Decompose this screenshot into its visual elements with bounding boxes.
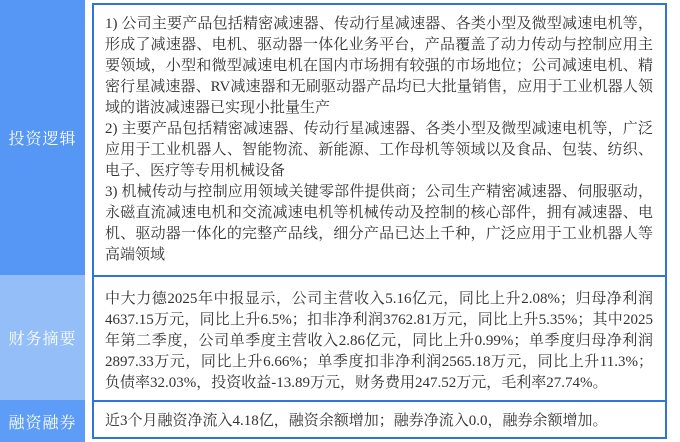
financial-summary-text: 中大力德2025年中报显示，公司主营收入5.16亿元，同比上升2.08%；归母净… (105, 289, 653, 394)
row-label-financial-summary: 财务摘要 (0, 275, 85, 400)
row-label-text: 融资融券 (8, 410, 76, 433)
row-label-margin-trading: 融资融券 (0, 400, 85, 442)
investment-logic-point-1: 1) 公司主要产品包括精密减速器、传动行星减速器、各类小型及微型减速电机等，形成… (105, 14, 653, 119)
margin-trading-content: 近3个月融资净流入4.18亿，融资余额增加；融券净流入0.0，融券余额增加。 (94, 402, 665, 437)
margin-trading-text: 近3个月融资净流入4.18亿，融资余额增加；融券净流入0.0，融券余额增加。 (105, 411, 653, 432)
investment-logic-point-2: 2) 主要产品包括精密减速器、传动行星减速器、各类小型及微型减速电机等，广泛应用… (105, 119, 653, 182)
row-label-text: 投资逻辑 (8, 126, 76, 149)
investment-logic-content: 1) 公司主要产品包括精密减速器、传动行星减速器、各类小型及微型减速电机等，形成… (94, 5, 665, 277)
financial-summary-content: 中大力德2025年中报显示，公司主营收入5.16亿元，同比上升2.08%；归母净… (94, 277, 665, 402)
row-label-investment-logic: 投资逻辑 (0, 0, 85, 275)
content-column: 1) 公司主要产品包括精密减速器、传动行星减速器、各类小型及微型减速电机等，形成… (92, 3, 667, 439)
investment-logic-point-3: 3) 机械传动与控制应用领域关键零部件提供商；公司生产精密减速器、伺服驱动，永磁… (105, 182, 653, 266)
row-label-text: 财务摘要 (8, 326, 76, 349)
stock-analysis-summary-table: 投资逻辑 财务摘要 融资融券 1) 公司主要产品包括精密减速器、传动行星减速器、… (0, 0, 680, 442)
